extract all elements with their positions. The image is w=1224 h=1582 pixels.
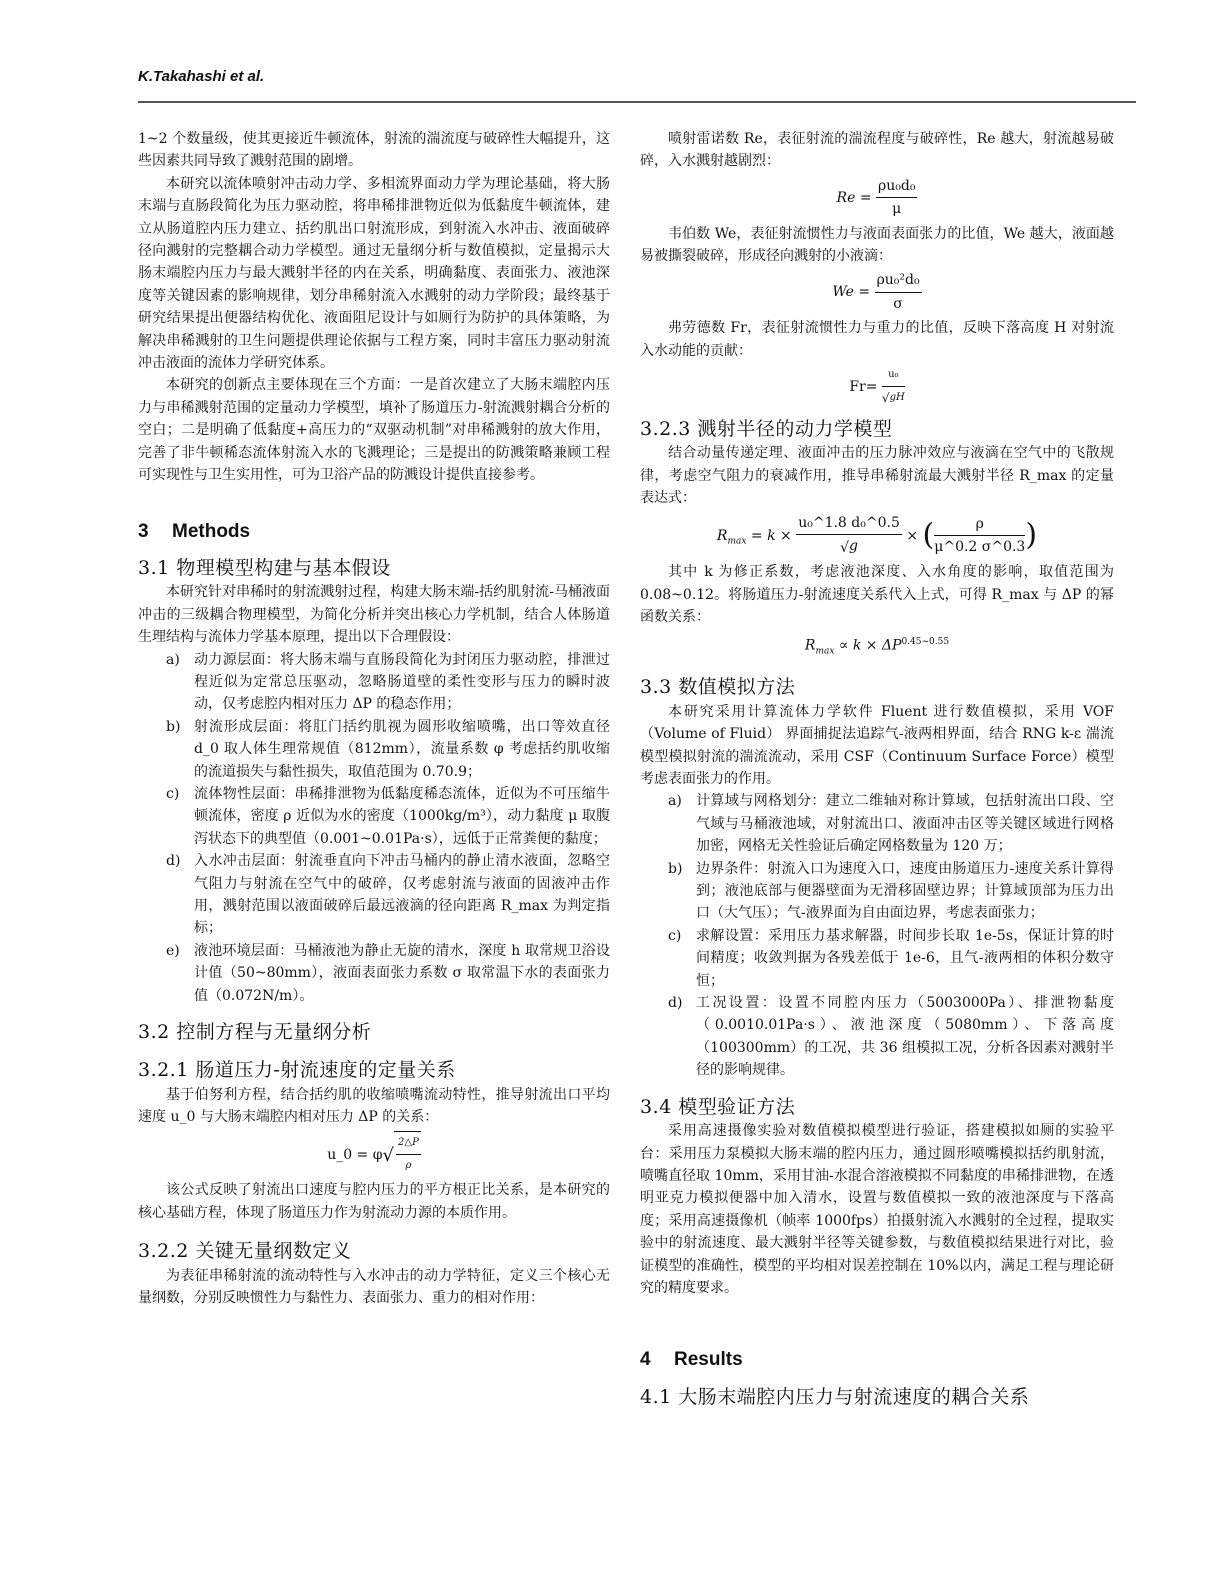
paragraph-3-4: 采用高速摄像实验对数值模拟模型进行验证，搭建模拟如厕的实验平台：采用压力泵模拟大…	[640, 1120, 1114, 1299]
equation-lhs: R	[717, 527, 728, 543]
list-item-text: 流体物性层面：串稀排泄物为低黏度稀态流体，近似为不可压缩牛顿流体，密度 ρ 近似…	[194, 786, 610, 847]
equation-numerator: ρu₀d₀	[876, 175, 917, 198]
section-number: 3	[138, 521, 172, 543]
running-header: K.Takahashi et al.	[138, 68, 264, 85]
paragraph-weber: 韦伯数 We，表征射流惯性力与液面表面张力的比值，We 越大，液面越易被撕裂破碎…	[640, 223, 1114, 268]
paragraph-3-2-2: 为表征串稀射流的流动特性与入水冲击的动力学特征，定义三个核心无量纲数，分别反映惯…	[138, 1265, 610, 1310]
equation-lhs: Re =	[837, 190, 872, 206]
paragraph-3-2-1b: 该公式反映了射流出口速度与腔内压力的平方根正比关系，是本研究的核心基础方程，体现…	[138, 1179, 610, 1224]
paragraph-3-3: 本研究采用计算流体力学软件 Fluent 进行数值模拟，采用 VOF（Volum…	[640, 701, 1114, 791]
equation-lhs: R	[805, 637, 816, 653]
subsection-heading-3-2-2: 3.2.2 关键无量纲数定义	[138, 1240, 610, 1262]
list-marker: c)	[166, 783, 179, 805]
list-item-text: 工况设置：设置不同腔内压力（5003000Pa）、排泄物黏度（0.0010.01…	[696, 995, 1114, 1078]
list-item: c)流体物性层面：串稀排泄物为低黏度稀态流体，近似为不可压缩牛顿流体，密度 ρ …	[166, 783, 610, 850]
equation-weber: We = ρu₀²d₀σ	[640, 269, 1114, 315]
equation-numerator: u₀^1.8 d₀^0.5	[796, 512, 902, 535]
equation-inner-numerator: ρ	[934, 513, 1025, 536]
subsection-heading-3-2-1: 3.2.1 肠道压力-射流速度的定量关系	[138, 1059, 610, 1081]
list-marker: a)	[166, 649, 180, 671]
section-title: Methods	[172, 521, 250, 542]
subsection-heading-3-3: 3.3 数值模拟方法	[640, 676, 1114, 698]
equation-velocity: u_0 = φ√2△Pρ	[138, 1131, 610, 1178]
paragraph-3-1: 本研究针对串稀时的射流溅射过程，构建大肠末端-括约肌射流-马桶液面冲击的三级耦合…	[138, 581, 610, 648]
subsection-heading-4-1: 4.1 大肠末端腔内压力与射流速度的耦合关系	[640, 1386, 1114, 1408]
list-marker: c)	[668, 925, 681, 947]
sqrt-symbol: √	[840, 540, 849, 556]
list-item: c)求解设置：采用压力基求解器，时间步长取 1e-5s，保证计算的时间精度；收敛…	[668, 925, 1114, 992]
equation-operator: = k ×	[751, 527, 792, 543]
list-item: b)射流形成层面：将肛门括约肌视为圆形收缩喷嘴，出口等效直径 d_0 取人体生理…	[166, 716, 610, 783]
equation-reynolds: Re = ρu₀d₀μ	[640, 175, 1114, 221]
equation-rhs: ∝ k × ΔP	[839, 637, 902, 653]
list-marker: d)	[668, 992, 682, 1014]
paragraph-reynolds: 喷射雷诺数 Re，表征射流的湍流程度与破碎性，Re 越大，射流越易破碎，入水溅射…	[640, 128, 1114, 173]
paragraph-3-2-3b: 其中 k 为修正系数，考虑液池深度、入水角度的影响，取值范围为 0.08~0.1…	[640, 561, 1114, 628]
assumption-list: a)动力源层面：将大肠末端与直肠段简化为封闭压力驱动腔，排泄过程近似为定常总压驱…	[138, 649, 610, 1008]
list-item-text: 液池环境层面：马桶液池为静止无旋的清水，深度 h 取常规卫浴设计值（50~80m…	[194, 943, 610, 1004]
equation-lhs: Fr=	[849, 379, 877, 395]
sqrt-symbol: √	[882, 391, 890, 405]
list-item: a)计算域与网格划分：建立二维轴对称计算域，包括射流出口段、空气域与马桶液池域，…	[668, 790, 1114, 857]
equation-denominator: gH	[890, 392, 905, 403]
subsection-heading-3-1: 3.1 物理模型构建与基本假设	[138, 557, 610, 579]
equation-inner-denominator: μ^0.2 σ^0.3	[934, 536, 1025, 558]
section-heading-results: 4Results	[640, 1349, 1114, 1371]
paragraph-froude: 弗劳德数 Fr，表征射流惯性力与重力的比值，反映下落高度 H 对射流入水动能的贡…	[640, 317, 1114, 362]
sqrt-symbol: √	[383, 1145, 394, 1166]
paren-close: )	[1025, 517, 1037, 552]
list-item-text: 射流形成层面：将肛门括约肌视为圆形收缩喷嘴，出口等效直径 d_0 取人体生理常规…	[194, 719, 610, 780]
equation-numerator: u₀	[882, 364, 905, 387]
subsection-heading-3-4: 3.4 模型验证方法	[640, 1096, 1114, 1118]
list-item: d)入水冲击层面：射流垂直向下冲击马桶内的静止清水液面，忽略空气阻力与射流在空气…	[166, 850, 610, 940]
list-item-text: 计算域与网格划分：建立二维轴对称计算域，包括射流出口段、空气域与马桶液池域，对射…	[696, 793, 1114, 854]
equation-lhs-subscript: max	[727, 536, 746, 546]
equation-lhs-subscript: max	[815, 646, 834, 656]
list-marker: b)	[166, 716, 180, 738]
list-item: d)工况设置：设置不同腔内压力（5003000Pa）、排泄物黏度（0.0010.…	[668, 992, 1114, 1082]
paragraph-3-2-1: 基于伯努利方程，结合括约肌的收缩喷嘴流动特性，推导射流出口平均速度 u_0 与大…	[138, 1084, 610, 1129]
equation-froude: Fr= u₀√gH	[640, 364, 1114, 410]
list-marker: e)	[166, 940, 180, 962]
equation-numerator: 2△P	[396, 1132, 421, 1155]
equation-numerator: ρu₀²d₀	[875, 269, 922, 292]
section-title: Results	[674, 1349, 743, 1370]
equation-denominator: σ	[875, 293, 922, 315]
list-marker: d)	[166, 850, 180, 872]
intro-continued: 1~2 个数量级，使其更接近牛顿流体，射流的湍流度与破碎性大幅提升，这些因素共同…	[138, 128, 610, 173]
list-item-text: 边界条件：射流入口为速度入口，速度由肠道压力-速度关系计算得到；液池底部与便器壁…	[696, 861, 1114, 922]
equation-operator: ×	[906, 527, 918, 543]
equation-rmax: Rmax = k × u₀^1.8 d₀^0.5√g × (ρμ^0.2 σ^0…	[640, 512, 1114, 560]
paren-open: (	[923, 517, 935, 552]
subsection-heading-3-2: 3.2 控制方程与无量纲分析	[138, 1021, 610, 1043]
list-item: b)边界条件：射流入口为速度入口，速度由肠道压力-速度关系计算得到；液池底部与便…	[668, 858, 1114, 925]
equation-proportional: Rmax ∝ k × ΔP0.45~0.55	[640, 631, 1114, 663]
left-column: 1~2 个数量级，使其更接近牛顿流体，射流的湍流度与破碎性大幅提升，这些因素共同…	[138, 128, 610, 1310]
equation-exponent: 0.45~0.55	[901, 637, 949, 647]
list-item: a)动力源层面：将大肠末端与直肠段简化为封闭压力驱动腔，排泄过程近似为定常总压驱…	[166, 649, 610, 716]
list-item-text: 求解设置：采用压力基求解器，时间步长取 1e-5s，保证计算的时间精度；收敛判据…	[696, 928, 1114, 989]
list-item-text: 动力源层面：将大肠末端与直肠段简化为封闭压力驱动腔，排泄过程近似为定常总压驱动，…	[194, 652, 610, 713]
simulation-list: a)计算域与网格划分：建立二维轴对称计算域，包括射流出口段、空气域与马桶液池域，…	[640, 790, 1114, 1081]
intro-paragraph-3: 本研究的创新点主要体现在三个方面：一是首次建立了大肠末端腔内压力与串稀溅射范围的…	[138, 374, 610, 486]
equation-lhs: u_0 = φ	[327, 1147, 382, 1163]
list-marker: b)	[668, 858, 682, 880]
list-item-text: 入水冲击层面：射流垂直向下冲击马桶内的静止清水液面，忽略空气阻力与射流在空气中的…	[194, 853, 610, 936]
equation-denominator: ρ	[396, 1155, 421, 1177]
equation-lhs: We =	[832, 284, 870, 300]
equation-denominator: g	[849, 538, 858, 554]
list-item: e)液池环境层面：马桶液池为静止无旋的清水，深度 h 取常规卫浴设计值（50~8…	[166, 940, 610, 1007]
intro-paragraph-2: 本研究以流体喷射冲击动力学、多相流界面动力学为理论基础，将大肠末端与直肠段简化为…	[138, 173, 610, 375]
section-number: 4	[640, 1349, 674, 1371]
list-marker: a)	[668, 790, 682, 812]
right-column: 喷射雷诺数 Re，表征射流的湍流程度与破碎性，Re 越大，射流越易破碎，入水溅射…	[640, 128, 1114, 1410]
section-heading-methods: 3Methods	[138, 521, 610, 543]
paragraph-3-2-3: 结合动量传递定理、液面冲击的压力脉冲效应与液滴在空气中的飞散规律，考虑空气阻力的…	[640, 442, 1114, 509]
equation-denominator: μ	[876, 198, 917, 220]
header-rule	[138, 101, 1136, 103]
subsection-heading-3-2-3: 3.2.3 溅射半径的动力学模型	[640, 418, 1114, 440]
